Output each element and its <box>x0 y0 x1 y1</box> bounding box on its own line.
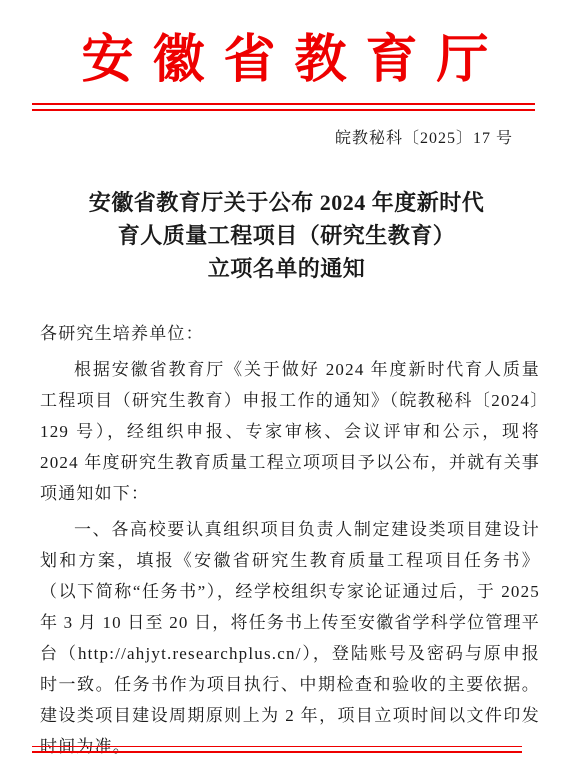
notice-body: 各研究生培养单位： 根据安徽省教育厅《关于做好 2024 年度新时代育人质量工程… <box>40 318 540 767</box>
body-paragraph-2: 一、各高校要认真组织项目负责人制定建设类项目建设计划和方案，填报《安徽省研究生教… <box>40 514 540 762</box>
notice-title-line-2: 育人质量工程项目（研究生教育） <box>0 219 573 252</box>
salutation-line: 各研究生培养单位： <box>40 318 540 349</box>
notice-title: 安徽省教育厅关于公布 2024 年度新时代 育人质量工程项目（研究生教育） 立项… <box>0 186 573 285</box>
official-document-page: 安 徽 省 教 育 厅 皖教秘科〔2025〕17 号 安徽省教育厅关于公布 20… <box>0 0 573 784</box>
header-divider-double-rule <box>32 103 535 111</box>
document-number: 皖教秘科〔2025〕17 号 <box>335 129 513 149</box>
agency-header-title: 安 徽 省 教 育 厅 <box>0 32 573 90</box>
body-paragraph-1: 根据安徽省教育厅《关于做好 2024 年度新时代育人质量工程项目（研究生教育）申… <box>40 354 540 509</box>
footer-divider-double-rule <box>32 746 522 753</box>
notice-title-line-1: 安徽省教育厅关于公布 2024 年度新时代 <box>0 186 573 219</box>
notice-title-line-3: 立项名单的通知 <box>0 252 573 285</box>
